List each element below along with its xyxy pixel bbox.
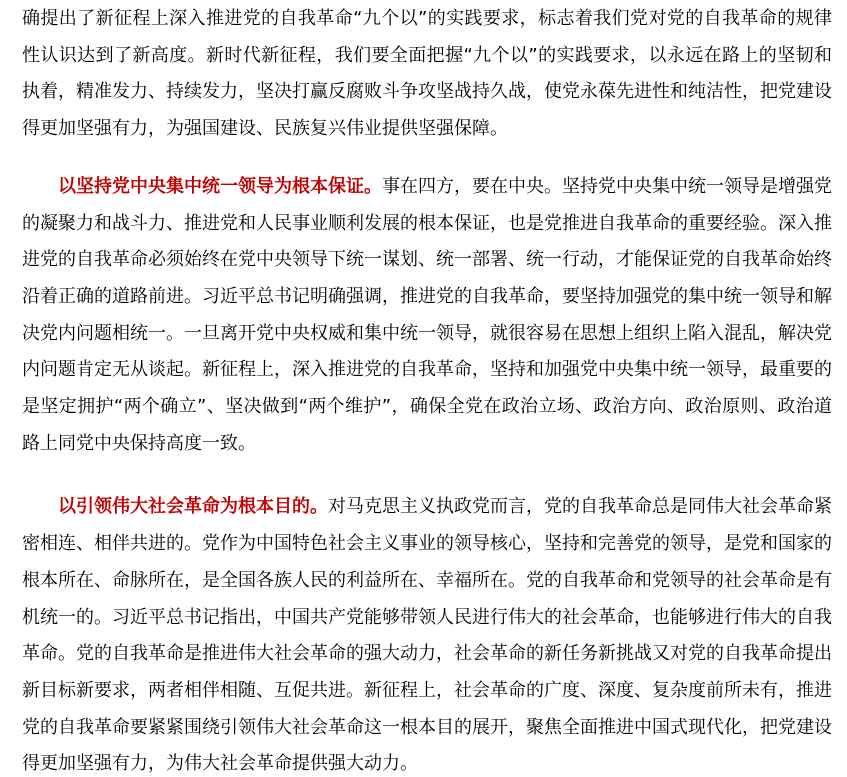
- paragraph-lead-text: 以引领伟大社会革命为根本目的。: [58, 496, 328, 517]
- document-page: 确提出了新征程上深入推进党的自我革命“九个以”的实践要求，标志着我们党对党的自我…: [0, 0, 847, 777]
- paragraph-body-text: 对马克思主义执政党而言，党的自我革命总是同伟大社会革命紧密相连、相伴共进的。党作…: [22, 496, 832, 774]
- paragraph: 以引领伟大社会革命为根本目的。对马克思主义执政党而言，党的自我革命总是同伟大社会…: [22, 489, 832, 777]
- paragraph-body-text: 确提出了新征程上深入推进党的自我革命“九个以”的实践要求，标志着我们党对党的自我…: [22, 8, 832, 139]
- paragraph-body-text: 事在四方，要在中央。坚持党中央集中统一领导是增强党的凝聚力和战斗力、推进党和人民…: [22, 176, 832, 454]
- paragraph: 确提出了新征程上深入推进党的自我革命“九个以”的实践要求，标志着我们党对党的自我…: [22, 1, 832, 148]
- paragraph: 以坚持党中央集中统一领导为根本保证。事在四方，要在中央。坚持党中央集中统一领导是…: [22, 169, 832, 463]
- paragraph-lead-text: 以坚持党中央集中统一领导为根本保证。: [58, 176, 382, 197]
